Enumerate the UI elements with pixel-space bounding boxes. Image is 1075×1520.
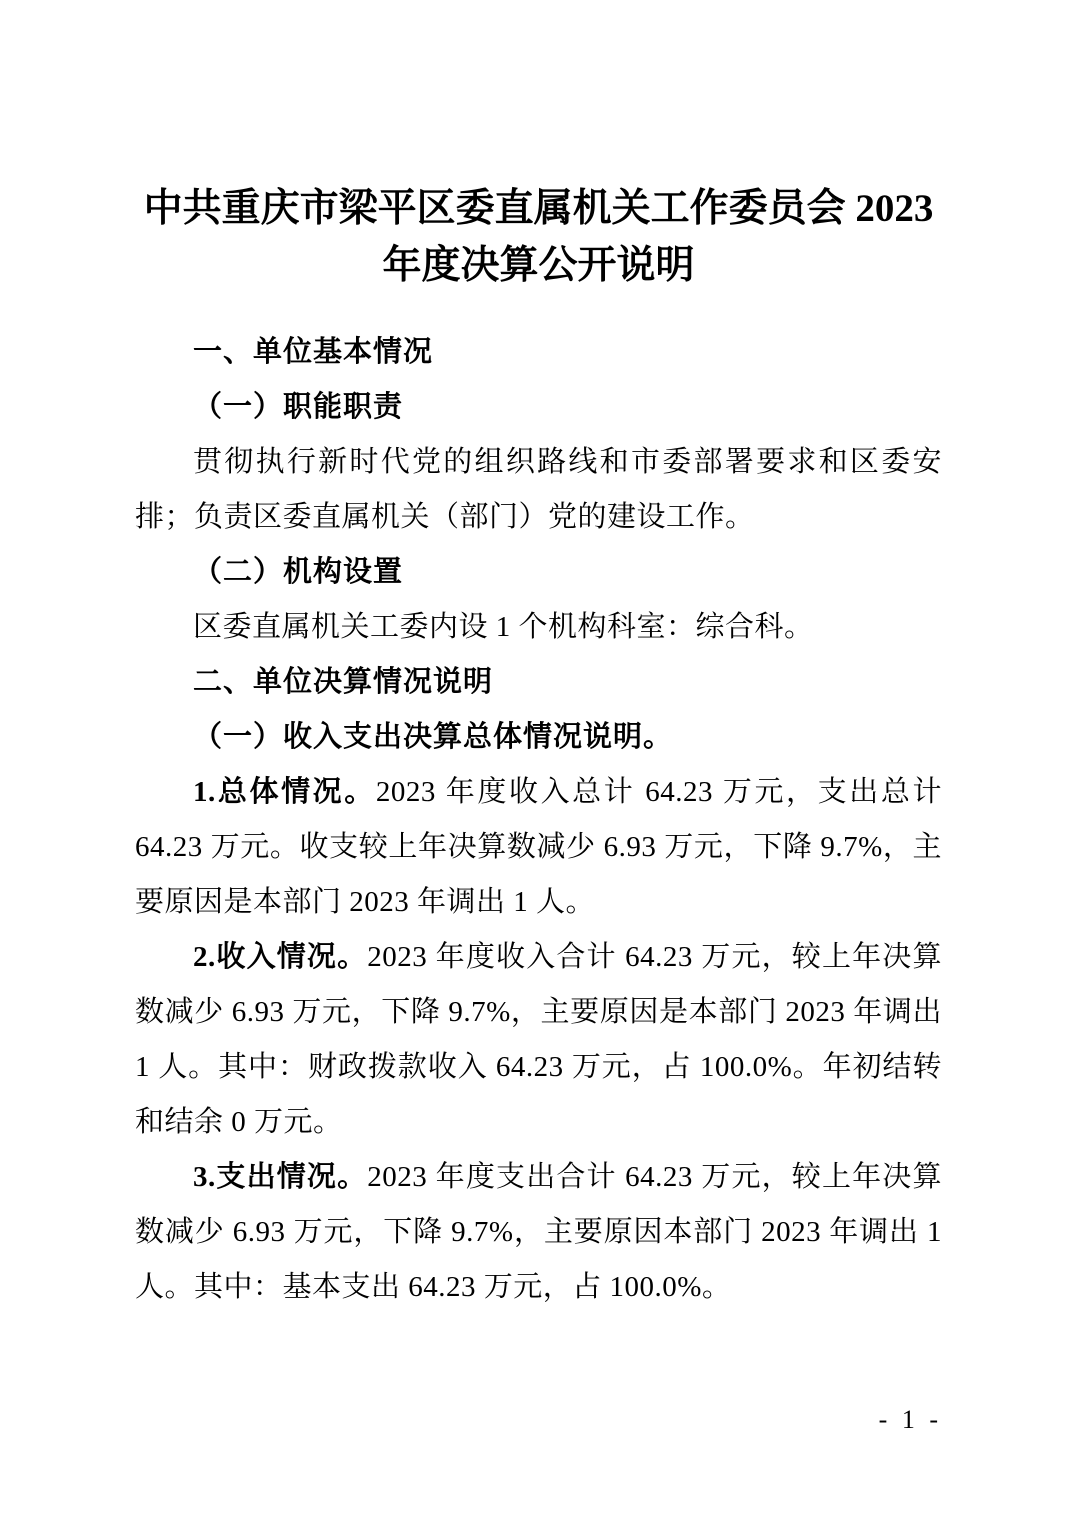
- paragraph-overall-situation: 1.总体情况。2023 年度收入总计 64.23 万元，支出总计 64.23 万…: [135, 765, 942, 930]
- paragraph-expenditure-situation-label: 3.支出情况。: [193, 1161, 367, 1193]
- heading-duties: （一）职能职责: [135, 380, 942, 435]
- heading-final-accounts-explanation: 二、单位决算情况说明: [135, 655, 942, 710]
- document-page: 中共重庆市梁平区委直属机关工作委员会 2023 年度决算公开说明 一、单位基本情…: [0, 0, 1075, 1520]
- paragraph-duties: 贯彻执行新时代党的组织路线和市委部署要求和区委安排；负责区委直属机关（部门）党的…: [135, 435, 942, 545]
- paragraph-revenue-situation-label: 2.收入情况。: [193, 941, 367, 973]
- page-number: - 1 -: [879, 1405, 942, 1435]
- paragraph-revenue-situation: 2.收入情况。2023 年度收入合计 64.23 万元，较上年决算数减少 6.9…: [135, 930, 942, 1150]
- heading-revenue-expenditure-overview: （一）收入支出决算总体情况说明。: [135, 710, 942, 765]
- paragraph-expenditure-situation: 3.支出情况。2023 年度支出合计 64.23 万元，较上年决算数减少 6.9…: [135, 1150, 942, 1315]
- document-title: 中共重庆市梁平区委直属机关工作委员会 2023 年度决算公开说明: [135, 180, 942, 294]
- heading-unit-basic-info: 一、单位基本情况: [135, 325, 942, 380]
- paragraph-org-setup: 区委直属机关工委内设 1 个机构科室：综合科。: [135, 600, 942, 655]
- paragraph-overall-situation-label: 1.总体情况。: [193, 776, 376, 808]
- document-title-line-1: 中共重庆市梁平区委直属机关工作委员会 2023: [135, 180, 942, 237]
- document-title-line-2: 年度决算公开说明: [135, 237, 942, 294]
- heading-org-setup: （二）机构设置: [135, 545, 942, 600]
